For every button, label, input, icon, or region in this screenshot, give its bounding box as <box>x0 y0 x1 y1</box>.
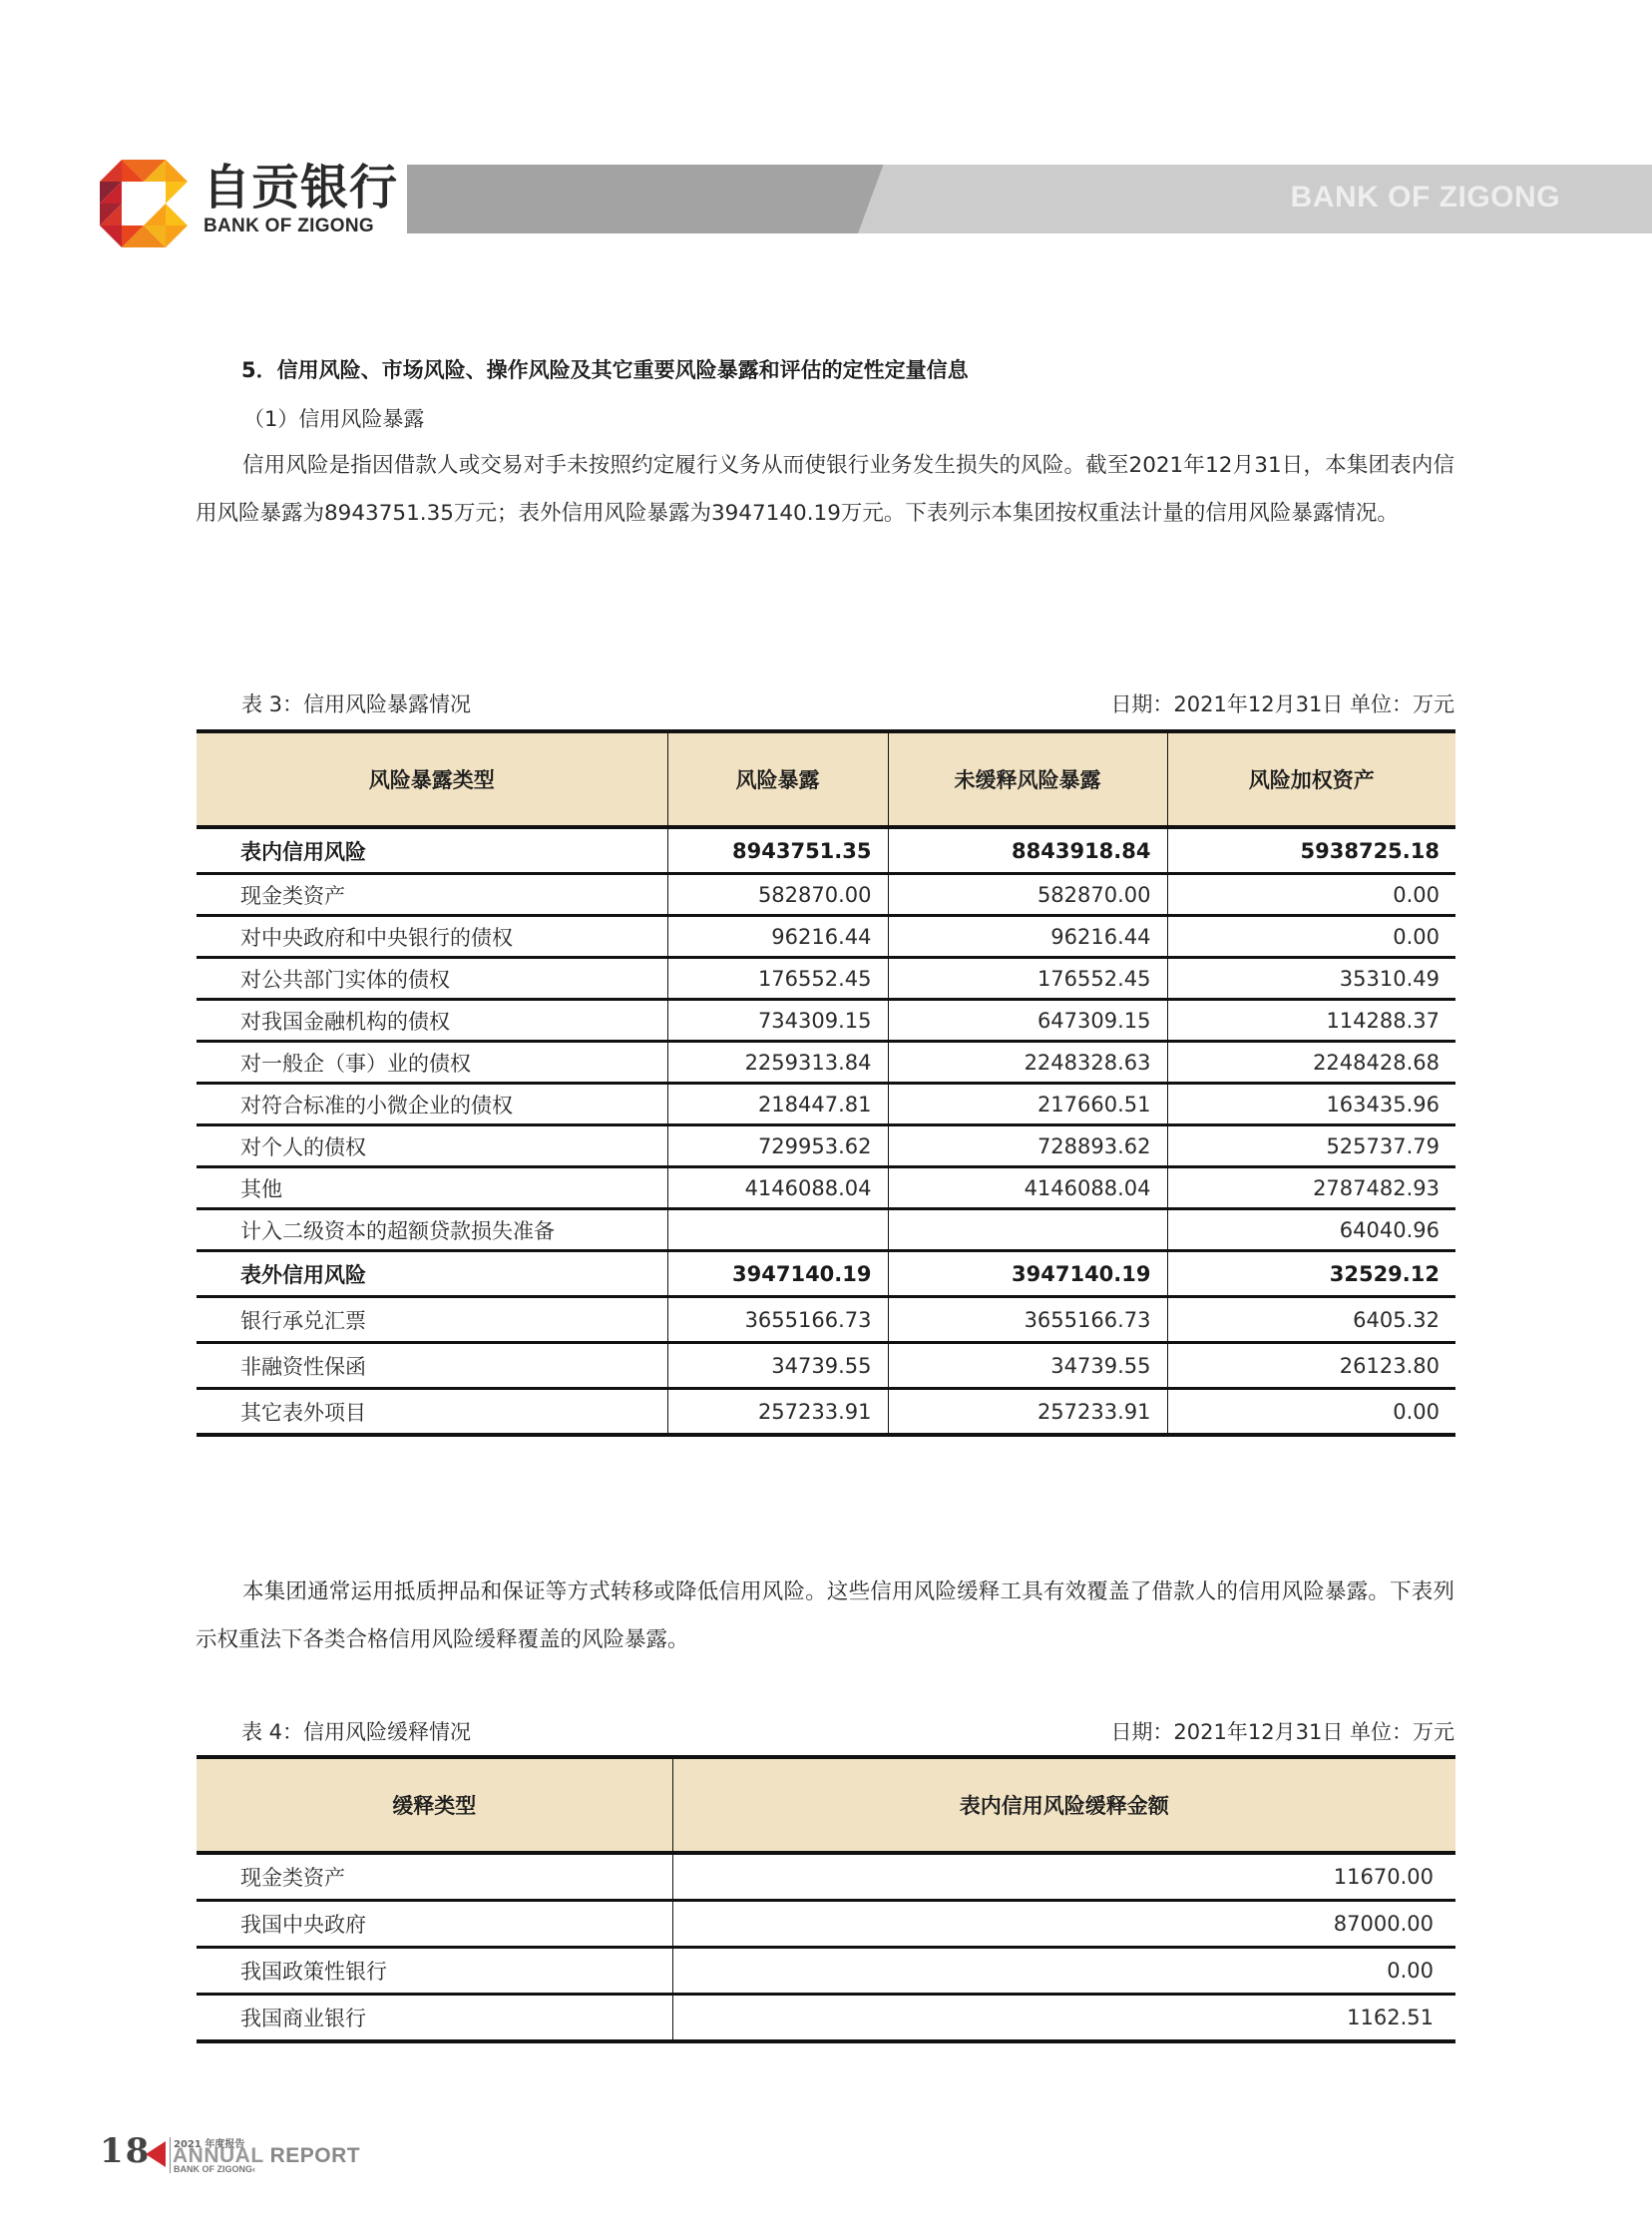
bank-name-cn: 自贡银行 <box>203 162 398 214</box>
header-banner-dark <box>407 165 886 233</box>
unmitigated-value: 3947140.19 <box>888 1251 1167 1297</box>
column-header-mitigation-type: 缓释类型 <box>197 1757 672 1853</box>
rwa-value: 26123.80 <box>1167 1343 1455 1389</box>
unmitigated-value: 582870.00 <box>888 874 1167 916</box>
rwa-value: 35310.49 <box>1167 958 1455 1000</box>
row-label: 现金类资产 <box>197 874 667 916</box>
mitigation-amount: 87000.00 <box>672 1901 1455 1948</box>
exposure-value: 8943751.35 <box>667 827 888 874</box>
triangle-left-icon <box>146 2141 166 2167</box>
rwa-value: 2787482.93 <box>1167 1167 1455 1209</box>
exposure-value: 218447.81 <box>667 1084 888 1125</box>
row-label: 对我国金融机构的债权 <box>197 1000 667 1042</box>
exposure-value: 3655166.73 <box>667 1297 888 1343</box>
unmitigated-value: 728893.62 <box>888 1125 1167 1167</box>
page-number: 18 <box>100 2131 151 2171</box>
header-banner-text: BANK OF ZIGONG <box>1291 181 1560 215</box>
rwa-value: 2248428.68 <box>1167 1042 1455 1084</box>
table-row: 我国政策性银行 0.00 <box>197 1948 1455 1995</box>
table-row: 对符合标准的小微企业的债权 218447.81 217660.51 163435… <box>197 1084 1455 1125</box>
rwa-value: 0.00 <box>1167 1389 1455 1436</box>
table3-meta: 日期：2021年12月31日 单位：万元 <box>1110 688 1454 718</box>
column-header-type: 风险暴露类型 <box>197 731 667 827</box>
table-row: 对公共部门实体的债权 176552.45 176552.45 35310.49 <box>197 958 1455 1000</box>
table-row: 对我国金融机构的债权 734309.15 647309.15 114288.37 <box>197 1000 1455 1042</box>
unmitigated-value: 4146088.04 <box>888 1167 1167 1209</box>
row-label: 我国商业银行 <box>197 1995 672 2042</box>
row-label: 表外信用风险 <box>197 1251 667 1297</box>
unmitigated-value: 96216.44 <box>888 916 1167 958</box>
row-label: 对中央政府和中央银行的债权 <box>197 916 667 958</box>
rwa-value: 163435.96 <box>1167 1084 1455 1125</box>
rwa-value: 114288.37 <box>1167 1000 1455 1042</box>
table-row: 我国商业银行 1162.51 <box>197 1995 1455 2042</box>
rwa-value: 0.00 <box>1167 916 1455 958</box>
row-label: 计入二级资本的超额贷款损失准备 <box>197 1209 667 1251</box>
paragraph-credit-risk: 信用风险是指因借款人或交易对手未按照约定履行义务从而使银行业务发生损失的风险。截… <box>196 442 1454 538</box>
table-row: 对一般企（事）业的债权 2259313.84 2248328.63 224842… <box>197 1042 1455 1084</box>
exposure-value: 4146088.04 <box>667 1167 888 1209</box>
table-row: 计入二级资本的超额贷款损失准备 64040.96 <box>197 1209 1455 1251</box>
row-label: 非融资性保函 <box>197 1343 667 1389</box>
column-header-rwa: 风险加权资产 <box>1167 731 1455 827</box>
rwa-value: 0.00 <box>1167 874 1455 916</box>
unmitigated-value <box>888 1209 1167 1251</box>
row-label: 其它表外项目 <box>197 1389 667 1436</box>
rwa-value: 6405.32 <box>1167 1297 1455 1343</box>
unmitigated-value: 647309.15 <box>888 1000 1167 1042</box>
column-header-exposure: 风险暴露 <box>667 731 888 827</box>
rwa-value: 32529.12 <box>1167 1251 1455 1297</box>
table-row: 对个人的债权 729953.62 728893.62 525737.79 <box>197 1125 1455 1167</box>
column-header-unmitigated: 未缓释风险暴露 <box>888 731 1167 827</box>
unmitigated-value: 2248328.63 <box>888 1042 1167 1084</box>
unmitigated-value: 176552.45 <box>888 958 1167 1000</box>
exposure-value: 176552.45 <box>667 958 888 1000</box>
column-header-mitigation-amount: 表内信用风险缓释金额 <box>672 1757 1455 1853</box>
unmitigated-value: 8843918.84 <box>888 827 1167 874</box>
row-label: 我国中央政府 <box>197 1901 672 1948</box>
table-row: 表外信用风险 3947140.19 3947140.19 32529.12 <box>197 1251 1455 1297</box>
page-header: 自贡银行 BANK OF ZIGONG BANK OF ZIGONG <box>0 0 1652 259</box>
row-label: 对个人的债权 <box>197 1125 667 1167</box>
row-label: 对公共部门实体的债权 <box>197 958 667 1000</box>
mitigation-amount: 11670.00 <box>672 1853 1455 1901</box>
exposure-value <box>667 1209 888 1251</box>
exposure-value: 96216.44 <box>667 916 888 958</box>
table-row: 其它表外项目 257233.91 257233.91 0.00 <box>197 1389 1455 1436</box>
credit-risk-mitigation-table: 缓释类型 表内信用风险缓释金额 现金类资产 11670.00 我国中央政府 87… <box>197 1755 1455 2043</box>
exposure-value: 34739.55 <box>667 1343 888 1389</box>
row-label: 银行承兑汇票 <box>197 1297 667 1343</box>
table-row: 非融资性保函 34739.55 34739.55 26123.80 <box>197 1343 1455 1389</box>
exposure-value: 2259313.84 <box>667 1042 888 1084</box>
unmitigated-value: 3655166.73 <box>888 1297 1167 1343</box>
table-row: 我国中央政府 87000.00 <box>197 1901 1455 1948</box>
section-title: 5．信用风险、市场风险、操作风险及其它重要风险暴露和评估的定性定量信息 <box>241 354 969 384</box>
mitigation-amount: 0.00 <box>672 1948 1455 1995</box>
subsection-title: （1）信用风险暴露 <box>243 403 424 433</box>
table4-meta: 日期：2021年12月31日 单位：万元 <box>1110 1716 1454 1746</box>
credit-risk-exposure-table: 风险暴露类型 风险暴露 未缓释风险暴露 风险加权资产 表内信用风险 894375… <box>197 729 1455 1437</box>
unmitigated-value: 34739.55 <box>888 1343 1167 1389</box>
bank-logo-icon <box>100 160 188 247</box>
table-header-row: 缓释类型 表内信用风险缓释金额 <box>197 1757 1455 1853</box>
rwa-value: 5938725.18 <box>1167 827 1455 874</box>
row-label: 对符合标准的小微企业的债权 <box>197 1084 667 1125</box>
unmitigated-value: 257233.91 <box>888 1389 1167 1436</box>
bank-name-en: BANK OF ZIGONG <box>204 216 374 237</box>
mitigation-amount: 1162.51 <box>672 1995 1455 2042</box>
unmitigated-value: 217660.51 <box>888 1084 1167 1125</box>
table-row: 表内信用风险 8943751.35 8843918.84 5938725.18 <box>197 827 1455 874</box>
footer-report: REPORT <box>263 2144 360 2167</box>
exposure-value: 729953.62 <box>667 1125 888 1167</box>
table-row: 现金类资产 582870.00 582870.00 0.00 <box>197 874 1455 916</box>
table-row: 对中央政府和中央银行的债权 96216.44 96216.44 0.00 <box>197 916 1455 958</box>
footer-bank-name: BANK OF ZIGONG‹ <box>174 2164 255 2174</box>
table-row: 其他 4146088.04 4146088.04 2787482.93 <box>197 1167 1455 1209</box>
footer-divider <box>170 2137 171 2173</box>
exposure-value: 734309.15 <box>667 1000 888 1042</box>
paragraph-mitigation: 本集团通常运用抵质押品和保证等方式转移或降低信用风险。这些信用风险缓释工具有效覆… <box>196 1568 1454 1664</box>
table3-caption: 表 3：信用风险暴露情况 <box>241 688 471 718</box>
row-label: 对一般企（事）业的债权 <box>197 1042 667 1084</box>
rwa-value: 64040.96 <box>1167 1209 1455 1251</box>
table-row: 现金类资产 11670.00 <box>197 1853 1455 1901</box>
exposure-value: 582870.00 <box>667 874 888 916</box>
exposure-value: 257233.91 <box>667 1389 888 1436</box>
row-label: 其他 <box>197 1167 667 1209</box>
table-row: 银行承兑汇票 3655166.73 3655166.73 6405.32 <box>197 1297 1455 1343</box>
exposure-value: 3947140.19 <box>667 1251 888 1297</box>
row-label: 现金类资产 <box>197 1853 672 1901</box>
table-header-row: 风险暴露类型 风险暴露 未缓释风险暴露 风险加权资产 <box>197 731 1455 827</box>
table4-caption: 表 4：信用风险缓释情况 <box>241 1716 471 1746</box>
row-label: 表内信用风险 <box>197 827 667 874</box>
rwa-value: 525737.79 <box>1167 1125 1455 1167</box>
row-label: 我国政策性银行 <box>197 1948 672 1995</box>
